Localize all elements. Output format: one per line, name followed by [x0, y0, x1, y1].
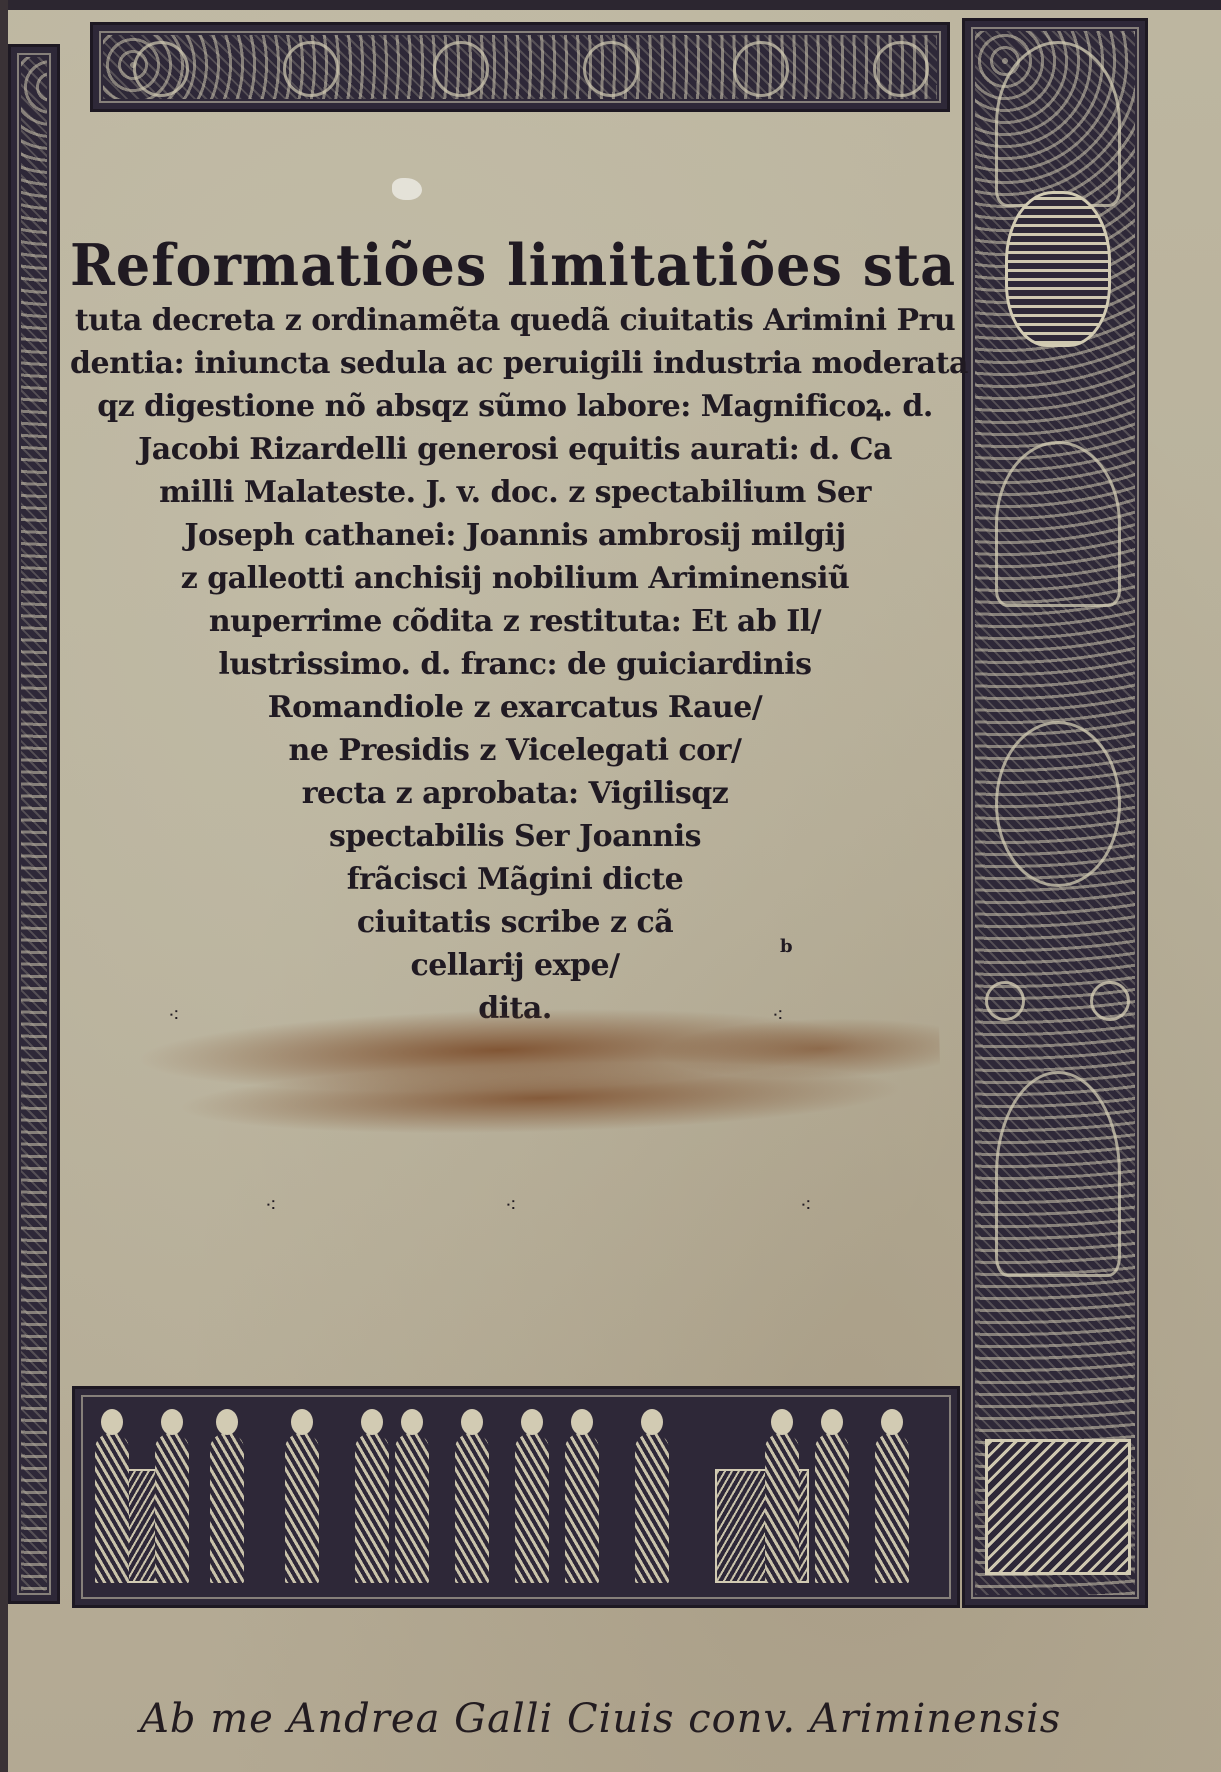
vase-icon	[1005, 191, 1111, 347]
rosette-icon	[1090, 981, 1130, 1021]
text-line: frãcisci Mãgini dicte	[70, 858, 960, 901]
paper-damage-spot	[392, 178, 422, 200]
text-line: nuperrime cõdita z restituta: Et ab Il/	[70, 600, 960, 643]
pedestal-icon	[985, 1439, 1131, 1575]
scroll-ornament-icon	[995, 721, 1121, 887]
ink-erasure-stain	[138, 990, 941, 1151]
leaf-ornament-icon	[995, 41, 1121, 207]
right-vase-border	[962, 18, 1148, 1608]
text-line: qz digestione nõ absqz sũmo labore: Magn…	[70, 385, 960, 428]
rosette-icon	[985, 981, 1025, 1021]
text-line: recta z aprobata: Vigilisqz	[70, 772, 960, 815]
fleuron-icon: ⁖	[505, 1195, 517, 1215]
figure-icon	[395, 1433, 429, 1583]
text-line: spectabilis Ser Joannis	[70, 815, 960, 858]
title-page: Reformatiões limitatiões sta tuta decret…	[0, 0, 1221, 1772]
figure-icon	[875, 1433, 909, 1583]
text-line: milli Malateste. J. v. doc. z spectabili…	[70, 471, 960, 514]
flower-ornament-icon	[873, 41, 929, 97]
figure-icon	[815, 1433, 849, 1583]
text-line: Romandiole z exarcatus Raue/	[70, 686, 960, 729]
figure-icon	[210, 1433, 244, 1583]
flower-ornament-icon	[283, 41, 339, 97]
text-line: ciuitatis scribe z cã	[70, 901, 960, 944]
fleuron-icon: ⁖	[510, 955, 522, 975]
candelabra-pattern	[21, 57, 47, 1591]
figure-icon	[455, 1433, 489, 1583]
page-edge-top	[0, 0, 1221, 10]
text-line: z galleotti anchisij nobilium Ariminensi…	[70, 557, 960, 600]
figure-icon	[155, 1433, 189, 1583]
text-line: ne Presidis z Vicelegati cor/	[70, 729, 960, 772]
text-line: lustrissimo. d. franc: de guiciardinis	[70, 643, 960, 686]
figure-icon	[515, 1433, 549, 1583]
flower-ornament-icon	[733, 41, 789, 97]
text-line: Joseph cathanei: Joannis ambrosij milgij	[70, 514, 960, 557]
flower-ornament-icon	[133, 41, 189, 97]
page-title: Reformatiões limitatiões sta	[70, 234, 960, 297]
fleuron-icon: ⁖	[265, 1195, 277, 1215]
flower-ornament-icon	[583, 41, 639, 97]
top-floral-border	[90, 22, 950, 112]
figure-icon	[765, 1433, 799, 1583]
handwritten-ownership-inscription: Ab me Andrea Galli Ciuis conv. Ariminens…	[140, 1696, 1100, 1742]
figure-icon	[565, 1433, 599, 1583]
text-line: dentia: iniuncta sedula ac peruigili ind…	[70, 342, 960, 385]
signature-mark: b	[780, 936, 793, 957]
leaf-ornament-icon	[995, 441, 1121, 607]
figure-icon	[635, 1433, 669, 1583]
flower-ornament-icon	[433, 41, 489, 97]
fleuron-icon: ⁖	[800, 1195, 812, 1215]
left-candelabra-border	[8, 44, 60, 1604]
figure-icon	[95, 1433, 129, 1583]
title-text-block: Reformatiões limitatiões sta tuta decret…	[70, 235, 960, 1030]
bottom-figures-frieze	[72, 1386, 960, 1608]
leaf-ornament-icon	[995, 1071, 1121, 1277]
floral-scroll-pattern	[103, 35, 937, 99]
figure-icon	[285, 1433, 319, 1583]
page-edge-left	[0, 0, 8, 1772]
text-line: Jacobi Rizardelli generosi equitis aurat…	[70, 428, 960, 471]
figure-icon	[355, 1433, 389, 1583]
text-line: tuta decreta z ordinamẽta quedã ciuitati…	[70, 299, 960, 342]
